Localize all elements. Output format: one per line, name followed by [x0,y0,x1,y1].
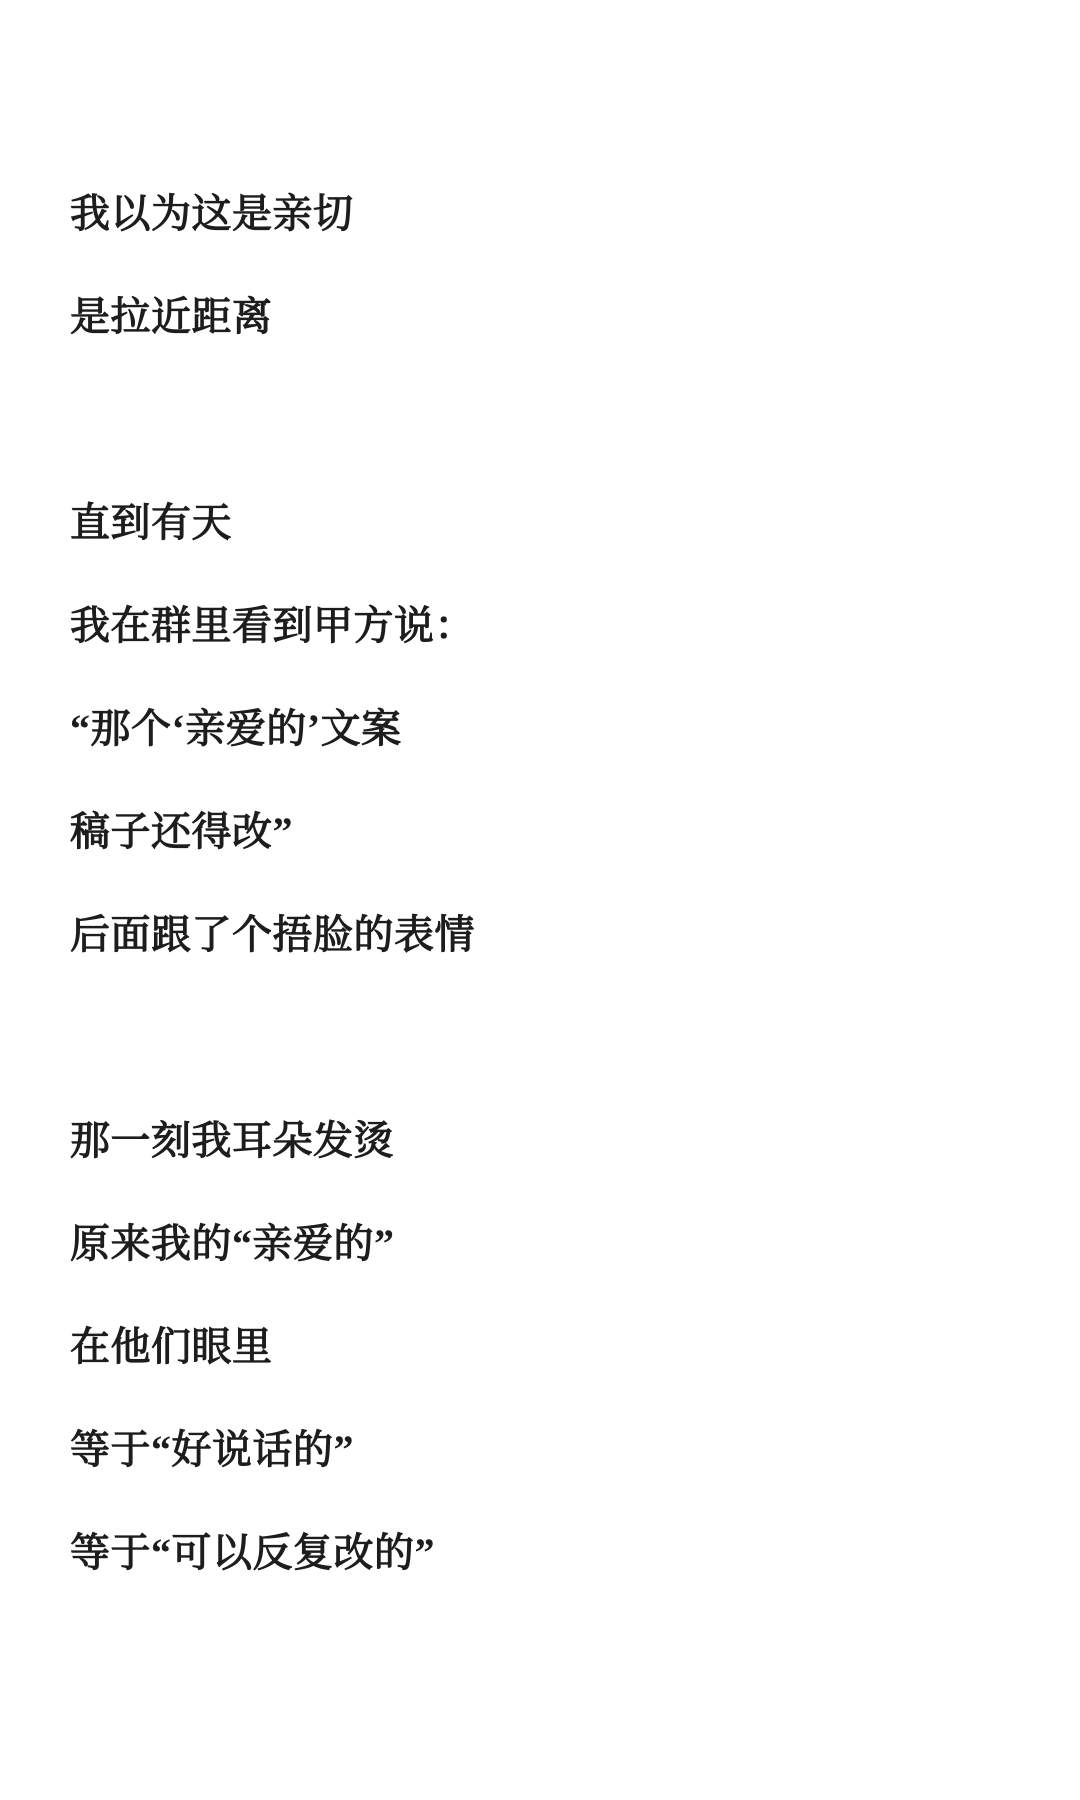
text-line: 我在群里看到甲方说： [70,574,1040,677]
text-line: 直到有天 [70,471,1040,574]
stanza-2: 直到有天 我在群里看到甲方说： “那个‘亲爱的’文案 稿子还得改” 后面跟了个捂… [70,471,1040,986]
text-line: 后面跟了个捂脸的表情 [70,883,1040,986]
text-page: 我以为这是亲切 是拉近距离 直到有天 我在群里看到甲方说： “那个‘亲爱的’文案… [0,0,1080,1800]
stanza-1: 我以为这是亲切 是拉近距离 [70,162,1040,368]
text-line: 等于“可以反复改的” [70,1501,1040,1604]
text-line: 原来我的“亲爱的” [70,1192,1040,1295]
stanza-3: 那一刻我耳朵发烫 原来我的“亲爱的” 在他们眼里 等于“好说话的” 等于“可以反… [70,1089,1040,1604]
text-line: 在他们眼里 [70,1295,1040,1398]
text-line: 是拉近距离 [70,265,1040,368]
text-line: 等于“好说话的” [70,1398,1040,1501]
text-line: 我以为这是亲切 [70,162,1040,265]
text-line: 那一刻我耳朵发烫 [70,1089,1040,1192]
text-line: 稿子还得改” [70,780,1040,883]
text-line: “那个‘亲爱的’文案 [70,677,1040,780]
